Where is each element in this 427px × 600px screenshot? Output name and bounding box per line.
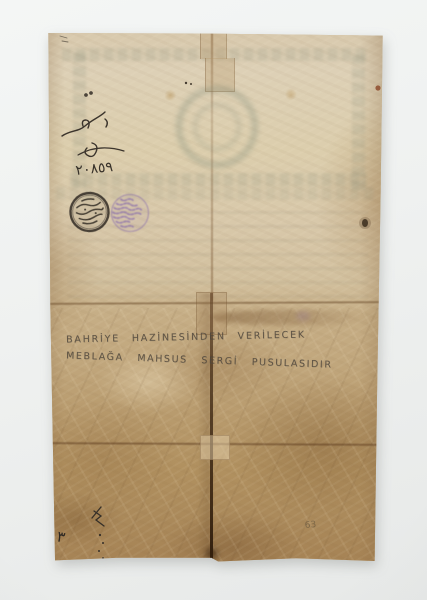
photo-background: ٢٠٨٥٩ <box>0 0 427 600</box>
photo-vignette <box>0 0 427 600</box>
